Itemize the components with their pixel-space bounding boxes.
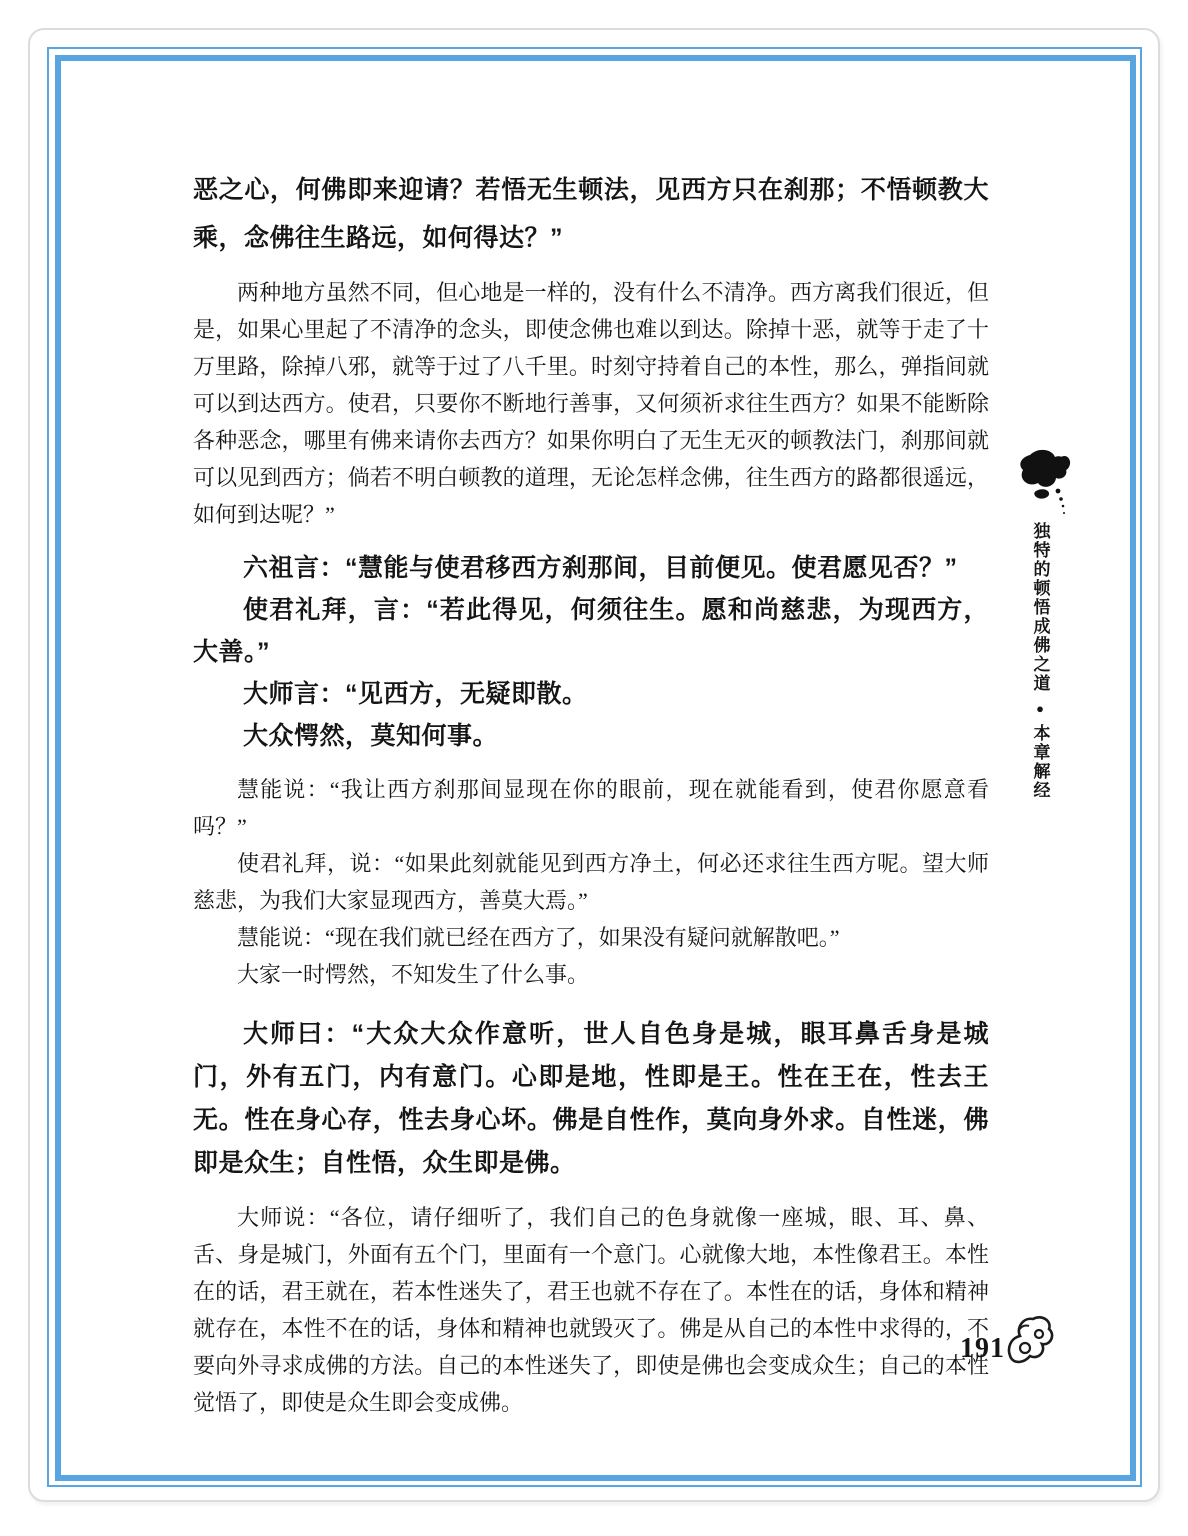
commentary-paragraph: 两种地方虽然不同，但心地是一样的，没有什么不清净。西方离我们很近，但是，如果心里… bbox=[193, 274, 989, 533]
scripture-paragraph: 大众愕然，莫知何事。 bbox=[193, 715, 989, 757]
sidebar-vertical-caption: 独特的顿悟成佛之道 ● 本章解经 bbox=[1022, 522, 1058, 800]
page-footer: 191 bbox=[960, 1306, 1057, 1373]
scripture-lead-paragraph: 恶之心，何佛即来迎请？若悟无生顿法，见西方只在刹那；不悟顿教大乘，念佛往生路远，… bbox=[193, 166, 989, 262]
sidebar-section-text: 本章解经 bbox=[1032, 724, 1049, 800]
sidebar-caption-text: 独特的顿悟成佛之道 bbox=[1032, 522, 1049, 693]
commentary-paragraph: 大家一时愕然，不知发生了什么事。 bbox=[193, 956, 989, 993]
commentary-paragraph: 使君礼拜，说：“如果此刻就能见到西方净土，何必还求往生西方呢。望大师慈悲，为我们… bbox=[193, 845, 989, 919]
commentary-paragraph: 慧能说：“我让西方刹那间显现在你的眼前，现在就能看到，使君你愿意看吗？” bbox=[193, 771, 989, 845]
scripture-paragraph: 使君礼拜，言：“若此得见，何须往生。愿和尚慈悲，为现西方，大善。” bbox=[193, 589, 989, 673]
scripture-paragraph: 大师曰：“大众大众作意听，世人自色身是城，眼耳鼻舌身是城门，外有五门，内有意门。… bbox=[193, 1013, 989, 1185]
horse-sketch-icon bbox=[1001, 1306, 1057, 1373]
commentary-paragraph: 大师说：“各位，请仔细听了，我们自己的色身就像一座城，眼、耳、鼻、舌、身是城门，… bbox=[193, 1199, 989, 1421]
main-text-block: 恶之心，何佛即来迎请？若悟无生顿法，见西方只在刹那；不悟顿教大乘，念佛往生路远，… bbox=[193, 166, 989, 1421]
commentary-paragraph: 慧能说：“现在我们就已经在西方了，如果没有疑问就解散吧。” bbox=[193, 919, 989, 956]
scripture-paragraph: 大师言：“见西方，无疑即散。 bbox=[193, 673, 989, 715]
scripture-paragraph: 六祖言：“慧能与使君移西方刹那间，目前便见。使君愿见否？” bbox=[193, 547, 989, 589]
bullet-separator-icon: ● bbox=[1036, 702, 1044, 715]
ink-splash-icon bbox=[1014, 445, 1078, 530]
page-number: 191 bbox=[960, 1333, 1005, 1373]
